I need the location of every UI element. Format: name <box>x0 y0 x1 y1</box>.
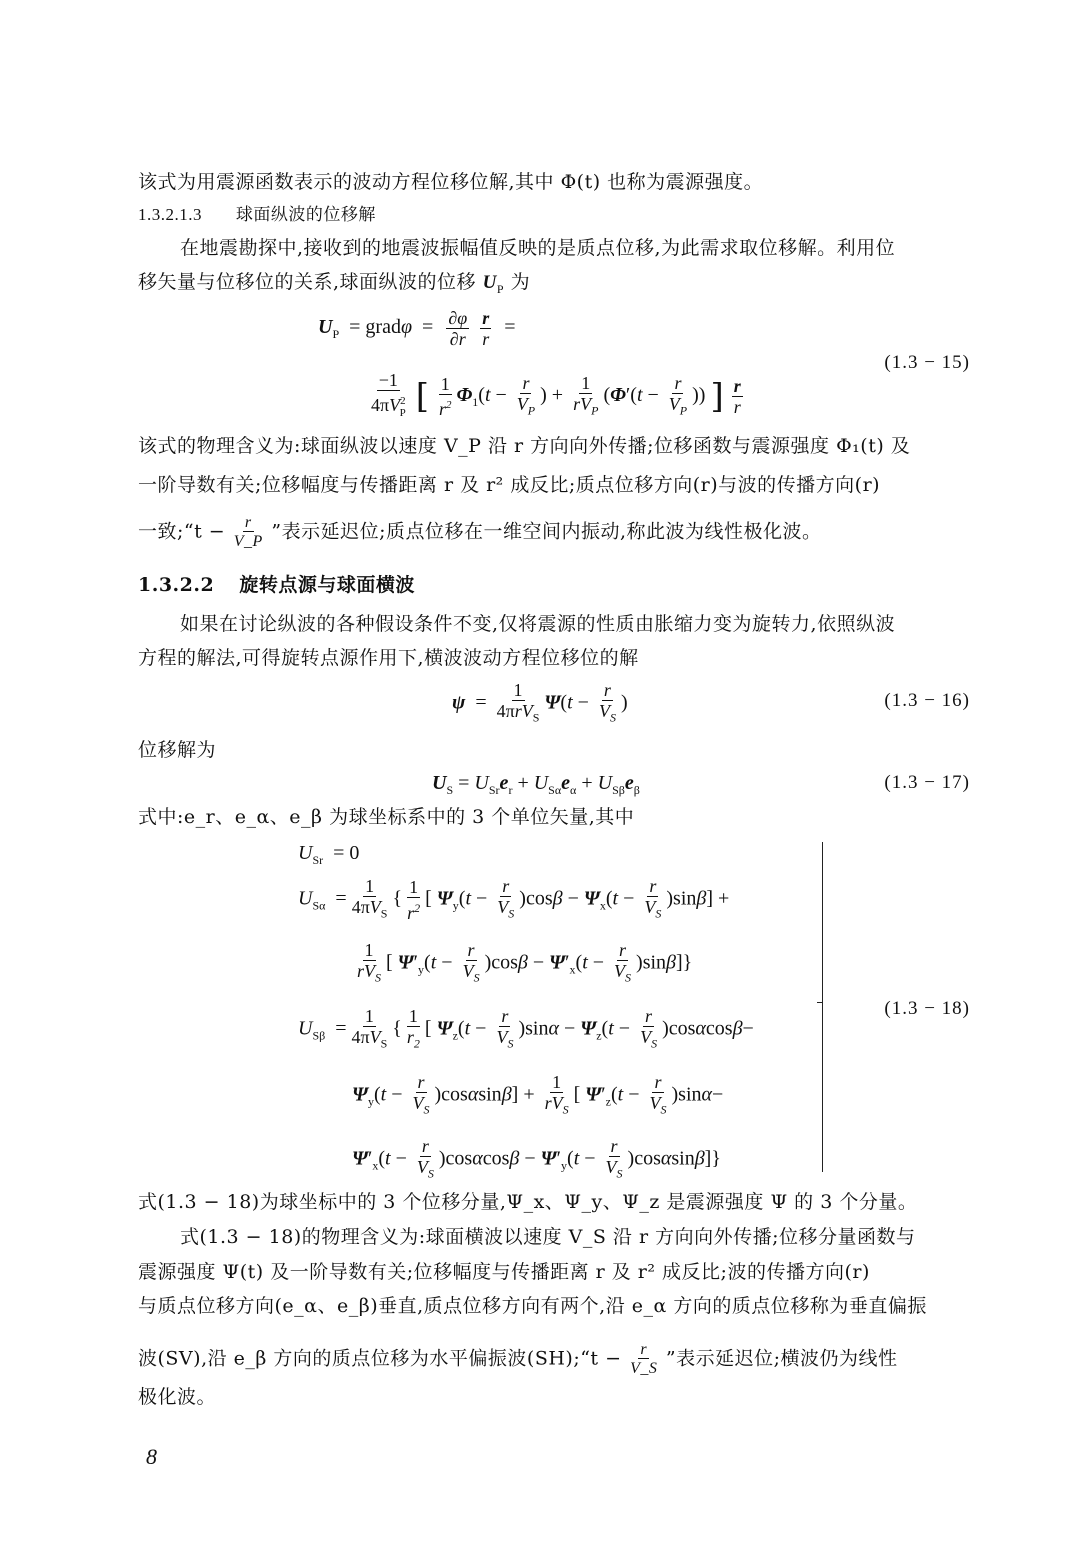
paragraph-8-line-1: 式(1.3 − 18)的物理含义为:球面横波以速度 V_S 沿 r 方向向外传播… <box>180 1225 916 1249</box>
paragraph-6: 式中:e_r、e_α、e_β 为球坐标系中的 3 个单位矢量,其中 <box>138 805 634 829</box>
paragraph-3-line-1: 该式的物理含义为:球面纵波以速度 V_P 沿 r 方向向外传播;位移函数与震源强… <box>138 434 910 458</box>
paragraph-4-line-1: 如果在讨论纵波的各种假设条件不变,仅将震源的性质由胀缩力变为旋转力,依照纵波 <box>180 612 895 636</box>
delay-fraction: rV_S <box>630 1341 657 1378</box>
paragraph-text: 该式为用震源函数表示的波动方程位移位解,其中 Φ(t) 也称为震源强度。 <box>138 171 763 193</box>
paragraph-text: ”表示延迟位;质点位移在一维空间内振动,称此波为线性极化波。 <box>271 521 821 543</box>
symbol-U: U <box>483 272 497 293</box>
paragraph-8-line-4: 波(SV),沿 e_β 方向的质点位移为水平偏振波(SH);“t − rV_S … <box>138 1341 898 1378</box>
equation-1-3-15-line-2: −14πV2P [ 1r2Φ1(t − rVP) + 1rVP(Φ′(t − r… <box>366 370 746 423</box>
paragraph-text: ”表示延迟位;横波仍为线性 <box>666 1348 898 1370</box>
equation-1-3-18-line-1: USr = 0 <box>298 842 359 868</box>
section-number: 1.3.2.2 <box>138 574 214 596</box>
equation-1-3-17: US = USrer + USαeα + USβeβ <box>432 772 640 798</box>
paragraph-text: 式(1.3 − 18)为球坐标中的 3 个位移分量,Ψ_x、Ψ_y、Ψ_z 是震… <box>138 1191 917 1213</box>
paragraph-2-line-1: 在地震勘探中,接收到的地震波振幅值反映的是质点位移,为此需求取位移解。利用位 <box>180 236 895 260</box>
equation-number-1-3-16: (1.3 − 16) <box>884 690 970 712</box>
right-brace <box>822 842 835 1172</box>
equation-1-3-18-line-2: USα =14πVS{1r2[ Ψy(t − rVS)cosβ − Ψx(t −… <box>298 876 729 924</box>
paragraph-text: 式中:e_r、e_α、e_β 为球坐标系中的 3 个单位矢量,其中 <box>138 806 634 828</box>
section-number: 1.3.2.1.3 <box>138 205 202 224</box>
paragraph-3-line-3: 一致;“t − rV_P ”表示延迟位;质点位移在一维空间内振动,称此波为线性极… <box>138 514 822 551</box>
equation-1-3-18-line-4: USβ =14πVS{1r2[ Ψz(t − rVS)sinα − Ψz(t −… <box>298 1006 754 1054</box>
paragraph-3-line-2: 一阶导数有关;位移幅度与传播距离 r 及 r² 成反比;质点位移方向(r)与波的… <box>138 473 880 497</box>
paragraph-text: 震源强度 Ψ(t) 及一阶导数有关;位移幅度与传播距离 r 及 r² 成反比;波… <box>138 1261 870 1283</box>
paragraph-text: 如果在讨论纵波的各种假设条件不变,仅将震源的性质由胀缩力变为旋转力,依照纵波 <box>180 613 895 635</box>
document-page: 该式为用震源函数表示的波动方程位移位解,其中 Φ(t) 也称为震源强度。 1.3… <box>0 0 1080 1550</box>
equation-1-3-15-line-1: UP = gradφ = ∂φ∂r rr = <box>318 308 515 349</box>
paragraph-text: 为 <box>511 271 531 293</box>
paragraph-8-line-2: 震源强度 Ψ(t) 及一阶导数有关;位移幅度与传播距离 r 及 r² 成反比;波… <box>138 1260 870 1284</box>
paragraph-2-line-2: 移矢量与位移位的关系,球面纵波的位移 UP 为 <box>138 270 530 301</box>
equation-number-1-3-15: (1.3 − 15) <box>884 352 970 374</box>
section-title: 旋转点源与球面横波 <box>239 574 415 596</box>
section-title: 球面纵波的位移解 <box>236 205 376 225</box>
equation-1-3-18-line-3: 1rVS[ Ψ′y(t − rVS)cosβ − Ψ′x(t − rVS)sin… <box>352 940 692 988</box>
equation-1-3-16: ψ = 14πrVSΨ(t − rVS) <box>452 680 628 728</box>
paragraph-text: 在地震勘探中,接收到的地震波振幅值反映的是质点位移,为此需求取位移解。利用位 <box>180 237 895 259</box>
equation-1-3-18-line-5: Ψy(t − rVS)cosαsinβ] + 1rVS[ Ψ′z(t − rVS… <box>352 1072 723 1120</box>
paragraph-text: 式(1.3 − 18)的物理含义为:球面横波以速度 V_S 沿 r 方向向外传播… <box>180 1226 916 1248</box>
paragraph-7: 式(1.3 − 18)为球坐标中的 3 个位移分量,Ψ_x、Ψ_y、Ψ_z 是震… <box>138 1190 917 1214</box>
paragraph-text: 一阶导数有关;位移幅度与传播距离 r 及 r² 成反比;质点位移方向(r)与波的… <box>138 474 880 496</box>
equation-number-1-3-17: (1.3 − 17) <box>884 772 970 794</box>
paragraph-text: 一致;“t − <box>138 521 225 543</box>
subscript: P <box>497 282 504 296</box>
paragraph-text: 波(SV),沿 e_β 方向的质点位移为水平偏振波(SH);“t − <box>138 1348 622 1370</box>
paragraph-text: 该式的物理含义为:球面纵波以速度 V_P 沿 r 方向向外传播;位移函数与震源强… <box>138 435 910 457</box>
equation-number-1-3-18: (1.3 − 18) <box>884 998 970 1020</box>
paragraph-text: 方程的解法,可得旋转点源作用下,横波波动方程位移位的解 <box>138 647 639 669</box>
page-number: 8 <box>146 1444 157 1470</box>
section-heading-1-3-2-1-3: 1.3.2.1.3 球面纵波的位移解 <box>138 203 376 227</box>
equation-1-3-18-line-6: Ψ′x(t − rVS)cosαcosβ − Ψ′y(t − rVS)cosαs… <box>352 1136 721 1184</box>
paragraph-text: 极化波。 <box>138 1386 216 1408</box>
paragraph-intro: 该式为用震源函数表示的波动方程位移位解,其中 Φ(t) 也称为震源强度。 <box>138 170 763 194</box>
paragraph-text: 移矢量与位移位的关系,球面纵波的位移 <box>138 271 476 293</box>
paragraph-8-line-3: 与质点位移方向(e_α、e_β)垂直,质点位移方向有两个,沿 e_α 方向的质点… <box>138 1294 927 1318</box>
delay-fraction: rV_P <box>234 514 263 551</box>
section-heading-1-3-2-2: 1.3.2.2 旋转点源与球面横波 <box>138 573 415 597</box>
paragraph-8-line-5: 极化波。 <box>138 1385 216 1409</box>
paragraph-5: 位移解为 <box>138 738 216 762</box>
paragraph-text: 与质点位移方向(e_α、e_β)垂直,质点位移方向有两个,沿 e_α 方向的质点… <box>138 1295 927 1317</box>
paragraph-text: 位移解为 <box>138 739 216 761</box>
paragraph-4-line-2: 方程的解法,可得旋转点源作用下,横波波动方程位移位的解 <box>138 646 639 670</box>
